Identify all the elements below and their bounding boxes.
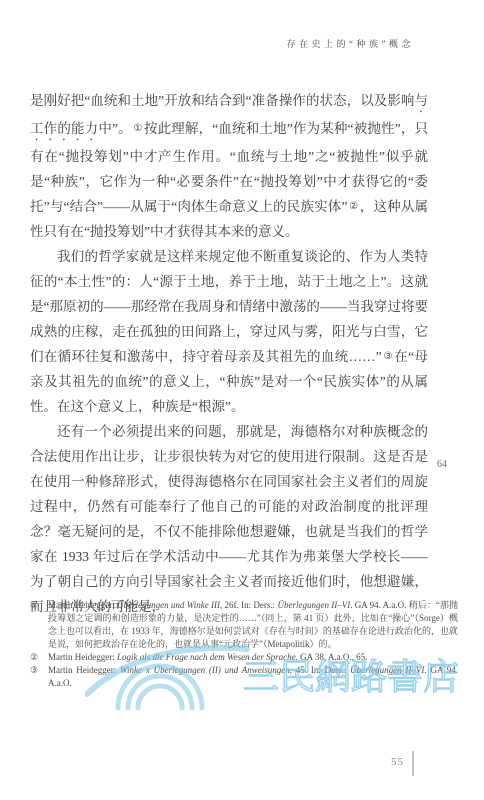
page-number: 55 bbox=[391, 756, 404, 768]
footnote: ② Martin Heidegger: Logik als die Frage … bbox=[30, 651, 458, 664]
running-head: 存在史上的“种族”概念 bbox=[287, 37, 415, 50]
footnote: ③ Martin Heidegger: Winke x Überlegungen… bbox=[30, 664, 458, 690]
paragraph: 是刚好把“血统和土地”开放和结合到“准备操作的状态，以及影响与工作的能力中”。①… bbox=[30, 88, 428, 244]
paragraph: 还有一个必须提出来的问题，那就是，海德格尔对种族概念的合法使用作出让步，让步很快… bbox=[30, 419, 428, 619]
footnotes: ① Martin Heidegger: Überlegungen und Win… bbox=[30, 599, 458, 690]
footnote-marker: ② bbox=[30, 651, 48, 664]
footnote-marker: ① bbox=[30, 599, 48, 651]
page-number-divider bbox=[412, 751, 414, 776]
paragraph: 我们的哲学家就是这样来规定他不断重复谈论的、作为人类特征的“本土性”的：人“源于… bbox=[30, 244, 428, 419]
book-page: 存在史上的“种族”概念 是刚好把“血统和土地”开放和结合到“准备操作的状态，以及… bbox=[0, 0, 484, 800]
footnote: ① Martin Heidegger: Überlegungen und Win… bbox=[30, 599, 458, 651]
footnote-text: Martin Heidegger: Überlegungen und Winke… bbox=[48, 599, 458, 651]
body-text: 是刚好把“血统和土地”开放和结合到“准备操作的状态，以及影响与工作的能力中”。①… bbox=[30, 88, 428, 619]
footnote-marker: ③ bbox=[30, 664, 48, 690]
footnote-text: Martin Heidegger: Winke x Überlegungen (… bbox=[48, 664, 458, 690]
footnote-text: Martin Heidegger: Logik als die Frage na… bbox=[48, 651, 458, 664]
margin-note: 64 bbox=[437, 459, 447, 470]
